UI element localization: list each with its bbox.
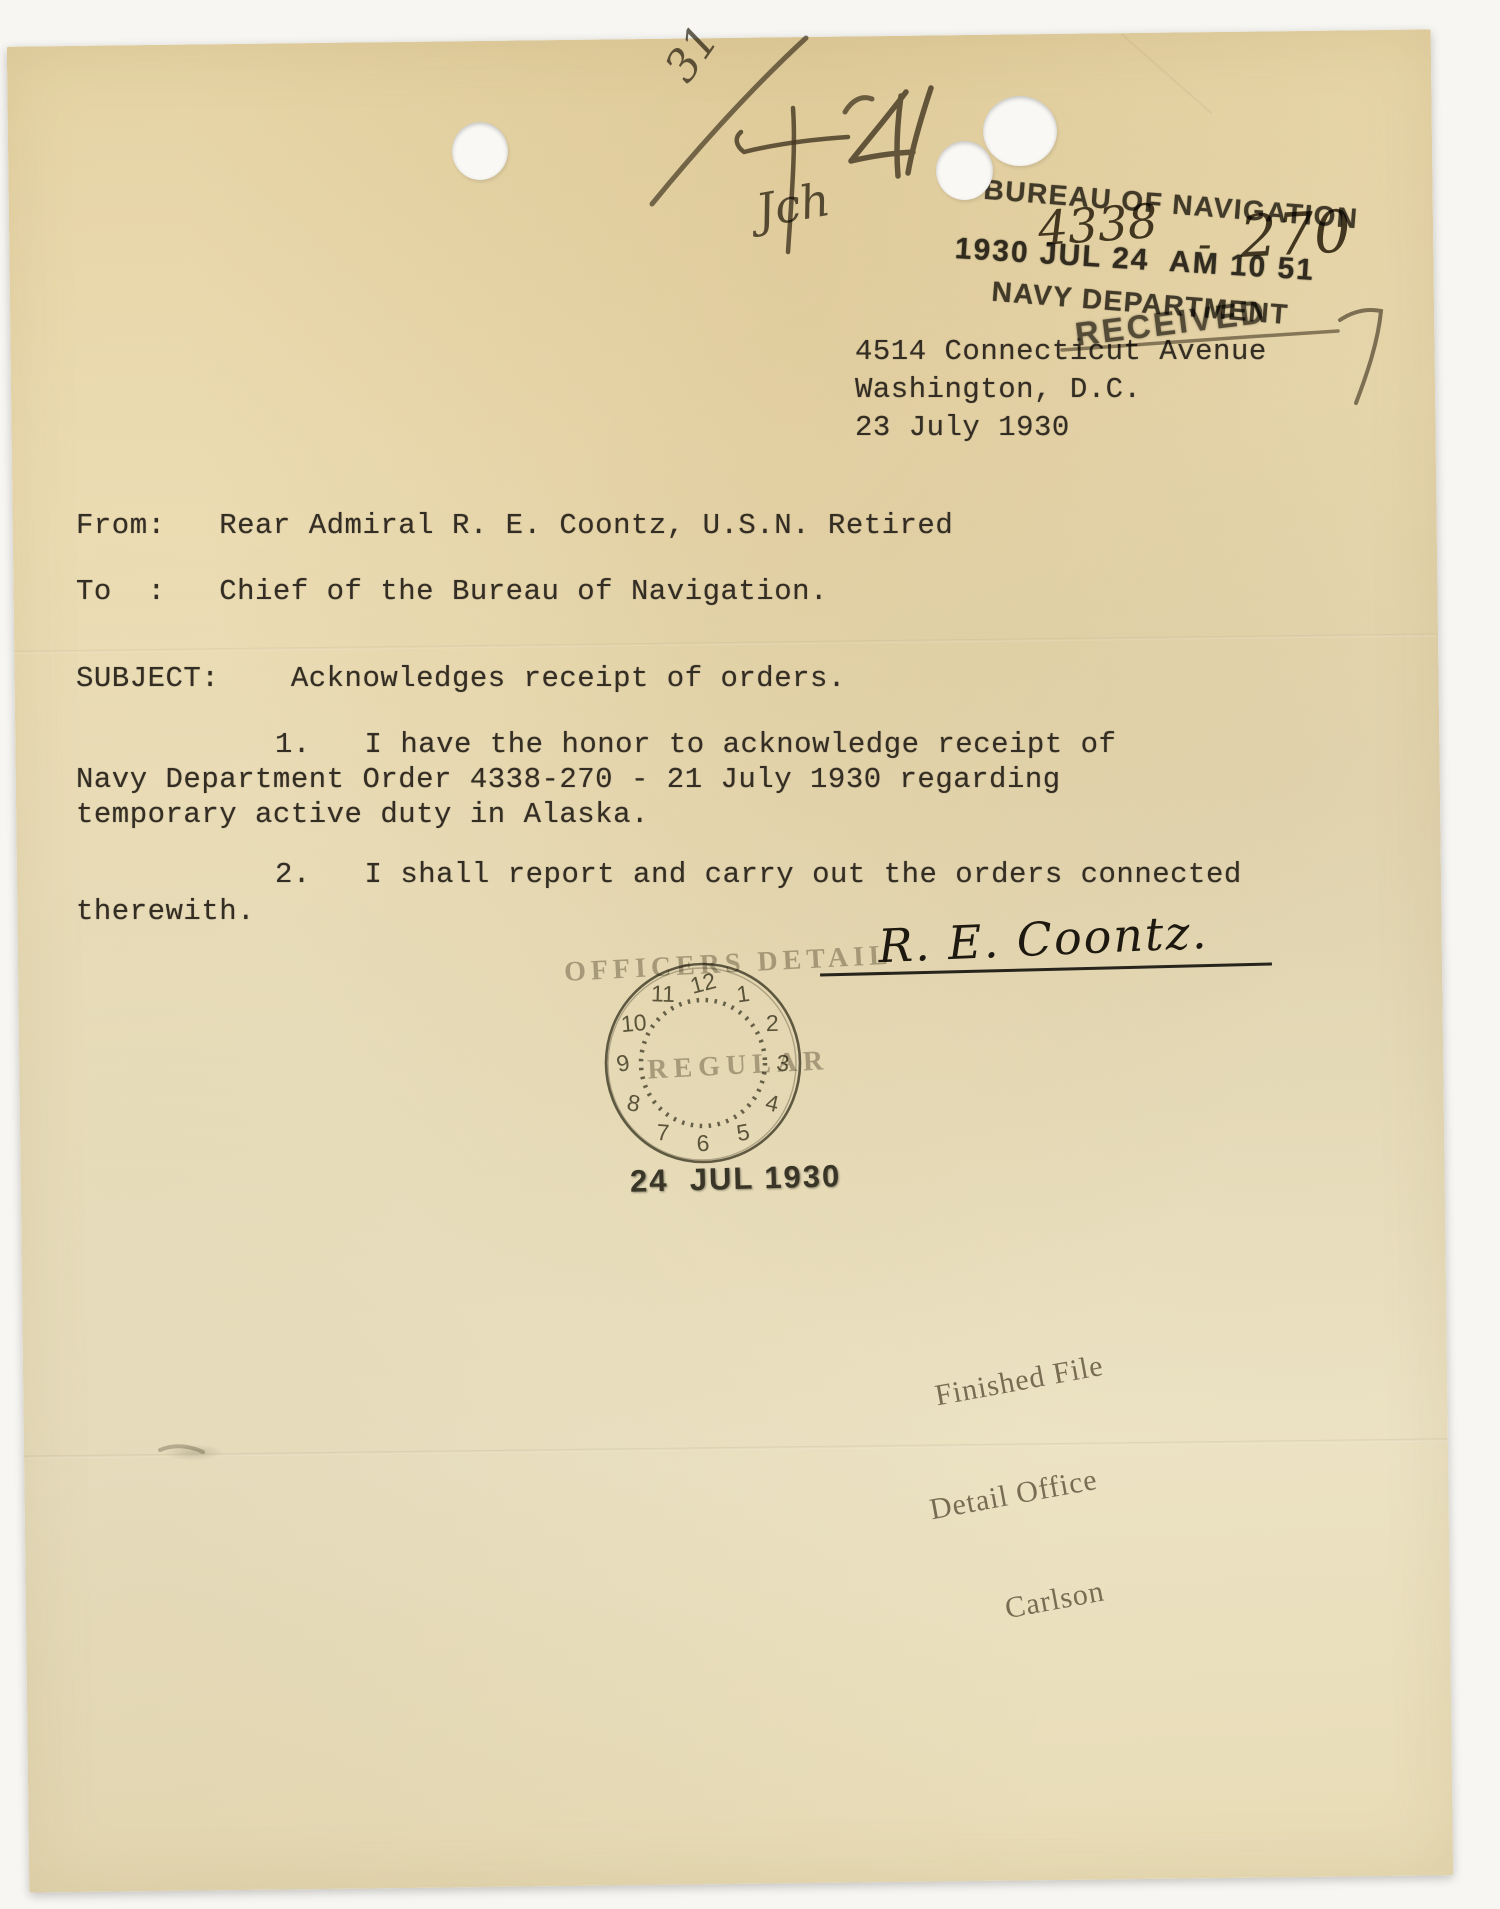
hole-punch-right-upper <box>983 96 1057 166</box>
hole-punch-left <box>452 122 508 180</box>
scanned-letter: BUREAU OF NAVIGATION NAVY DEPARTMENT 433… <box>0 0 1500 1909</box>
hole-punch-right-lower <box>936 141 993 200</box>
pencil-marks <box>0 0 1500 1909</box>
